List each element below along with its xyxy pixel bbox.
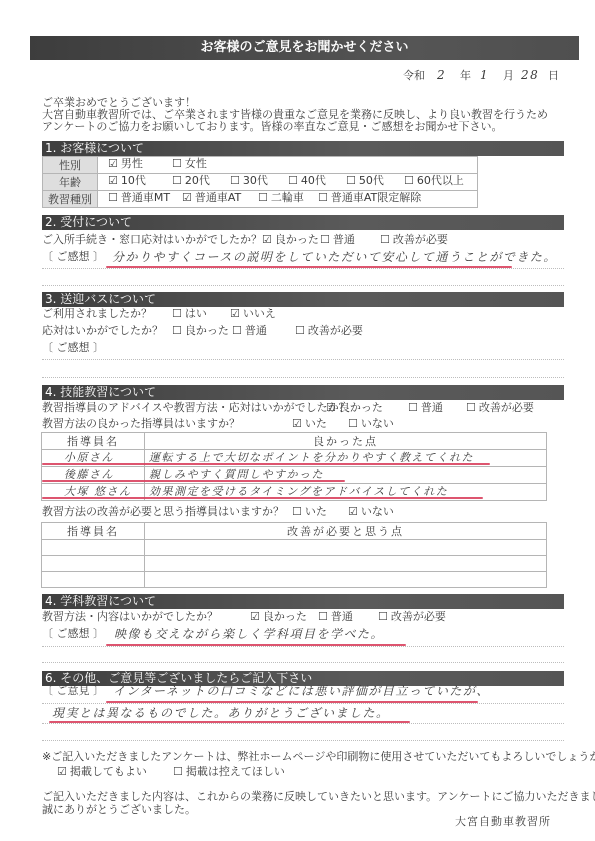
ruled-line [42,723,564,724]
section-3-header: 3. 送迎バスについて [42,292,564,307]
option-yes[interactable]: ☐いた [292,505,327,519]
classroom-question: 教習方法・内容はいかがでしたか？ [42,610,218,624]
table-header-row: 指導員名 改善が必要と思う点 [42,523,547,540]
column-header-instructor: 指導員名 [42,523,145,540]
date-month[interactable]: 1 [480,67,489,83]
checkbox-icon[interactable]: ☐ [108,191,118,205]
option-at[interactable]: ☑普通車AT [182,191,241,205]
date-era: 令和 [403,69,425,83]
checkbox-checked-icon[interactable]: ☑ [262,233,272,247]
red-underline [42,497,483,499]
classroom-comment[interactable]: 映像も交えながら楽しく学科項目を学べた。 [114,626,384,642]
section-2-header: 2. 受付について [42,215,564,230]
date-month-unit: 月 [503,69,514,83]
red-underline [42,480,345,482]
option-needs-improvement[interactable]: ☐改善が必要 [466,401,534,415]
checkbox-icon[interactable]: ☐ [172,307,182,321]
opinion-label: 〔 ご意見 〕 [42,684,104,698]
good-instructor-question: 教習方法の良かった指導員はいますか？ [42,417,240,431]
opinion-comment-line2[interactable]: 現実とは異なるものでした。ありがとうございました。 [52,705,390,721]
checkbox-icon[interactable]: ☐ [466,401,476,415]
checkbox-icon[interactable]: ☐ [173,765,183,779]
ruled-line [42,268,564,269]
date-year[interactable]: 2 [437,67,446,83]
option-age-50s[interactable]: ☐50代 [346,174,384,188]
checkbox-icon[interactable]: ☐ [292,505,302,519]
option-needs-improvement[interactable]: ☐改善が必要 [378,610,446,624]
checkbox-icon[interactable]: ☐ [172,324,182,338]
closing-text: 誠にありがとうございました。 [42,803,196,817]
option-age-10s[interactable]: ☑10代 [108,174,146,188]
improvement-point[interactable] [145,572,547,588]
option-mt[interactable]: ☐普通車MT [108,191,170,205]
checkbox-icon[interactable]: ☐ [380,233,390,247]
option-motorcycle[interactable]: ☐二輪車 [258,191,304,205]
table-header-row: 指導員名 良かった点 [42,433,547,450]
checkbox-icon[interactable]: ☐ [172,157,182,171]
option-average[interactable]: ☐普通 [232,324,267,338]
option-publish-decline[interactable]: ☐掲載は控えてほしい [173,765,285,779]
option-age-60s-plus[interactable]: ☐60代以上 [404,174,464,188]
checkbox-checked-icon[interactable]: ☑ [250,610,260,624]
row-label-age: 年齢 [43,174,98,191]
publish-consent-question: ※ご記入いただきましたアンケートは、弊社ホームページや印刷物に使用させていただい… [42,750,595,764]
column-header-good-points: 良かった点 [145,433,547,450]
option-no[interactable]: ☑いない [348,505,394,519]
checkbox-icon[interactable]: ☐ [404,174,414,188]
section-4-header: 4. 技能教習について [42,385,564,400]
checkbox-checked-icon[interactable]: ☑ [348,505,358,519]
option-age-40s[interactable]: ☐40代 [288,174,326,188]
checkbox-icon[interactable]: ☐ [378,610,388,624]
column-header-instructor: 指導員名 [42,433,145,450]
section-1-header: 1. お客様について [42,141,564,156]
ruled-line [42,285,564,286]
bus-service-question: 応対はいかがでしたか？ [42,324,163,338]
table-row [42,540,547,556]
checkbox-icon[interactable]: ☐ [346,174,356,188]
red-underline [42,463,490,465]
table-row [42,556,547,572]
option-age-20s[interactable]: ☐20代 [172,174,210,188]
checkbox-icon[interactable]: ☐ [320,233,330,247]
option-needs-improvement[interactable]: ☐改善が必要 [295,324,363,338]
checkbox-checked-icon[interactable]: ☑ [108,157,118,171]
ruled-line [42,662,564,663]
option-male[interactable]: ☑男性 [108,157,143,171]
instructor-name[interactable] [42,572,145,588]
checkbox-checked-icon[interactable]: ☑ [57,765,67,779]
checkbox-icon[interactable]: ☐ [230,174,240,188]
checkbox-checked-icon[interactable]: ☑ [108,174,118,188]
option-good[interactable]: ☑良かった [262,233,319,247]
checkbox-icon[interactable]: ☐ [295,324,305,338]
option-average[interactable]: ☐普通 [320,233,355,247]
option-average[interactable]: ☐普通 [318,610,353,624]
checkbox-icon[interactable]: ☐ [258,191,268,205]
instructor-name[interactable] [42,540,145,556]
checkbox-icon[interactable]: ☐ [318,610,328,624]
checkbox-checked-icon[interactable]: ☑ [182,191,192,205]
comment-label: 〔 ご感想 〕 [42,627,104,641]
option-age-30s[interactable]: ☐30代 [230,174,268,188]
ruled-line[interactable] [42,377,564,378]
comment-label: 〔 ご感想 〕 [42,341,104,355]
row-label-course-type: 教習種別 [43,191,98,208]
option-publish-ok[interactable]: ☑掲載してもよい [57,765,147,779]
checkbox-icon[interactable]: ☐ [172,174,182,188]
option-no[interactable]: ☐いない [348,417,394,431]
ruled-line [42,740,564,741]
opinion-comment-line1[interactable]: インターネットの口コミなどには悪い評価が目立っていたが、 [113,683,490,699]
checkbox-checked-icon[interactable]: ☑ [292,417,302,431]
table-row [42,572,547,588]
checkbox-checked-icon[interactable]: ☑ [326,401,336,415]
bus-usage-question: ご利用されましたか？ [42,307,152,321]
option-needs-improvement[interactable]: ☐改善が必要 [380,233,448,247]
school-signature: 大宮自動車教習所 [455,815,551,829]
reception-comment[interactable]: 分かりやすくコースの説明をしていただいて安心して通うことができた。 [112,249,557,265]
option-female[interactable]: ☐女性 [172,157,207,171]
checkbox-icon[interactable]: ☐ [318,191,328,205]
gender-options [98,157,478,174]
form-title: お客様のご意見をお聞かせください [30,36,579,60]
option-at-limit-removal[interactable]: ☐普通車AT限定解除 [318,191,421,205]
instructor-question: 教習指導員のアドバイスや教習方法・応対はいかがでしたか？ [42,401,350,415]
option-good[interactable]: ☐良かった [172,324,229,338]
ruled-line [42,703,564,704]
improvement-point[interactable] [145,540,547,556]
improve-instructor-question: 教習方法の改善が必要と思う指導員はいますか？ [42,505,284,519]
ruled-line [42,646,564,647]
checkbox-icon[interactable]: ☐ [408,401,418,415]
improve-instructor-table: 指導員名 改善が必要と思う点 [41,522,547,588]
option-average[interactable]: ☐普通 [408,401,443,415]
column-header-improvement-points: 改善が必要と思う点 [145,523,547,540]
date-year-unit: 年 [460,69,471,83]
comment-label: 〔 ご感想 〕 [42,250,104,264]
option-good[interactable]: ☑良かった [326,401,383,415]
checkbox-icon[interactable]: ☐ [348,417,358,431]
ruled-line[interactable] [42,359,564,360]
checkbox-icon[interactable]: ☐ [232,324,242,338]
row-label-gender: 性別 [43,157,98,174]
option-yes[interactable]: ☑いた [292,417,327,431]
option-no[interactable]: ☑いいえ [230,307,276,321]
good-instructor-table: 指導員名 良かった点 小原さん 運転する上で大切なポイントを分かりやすく教えてく… [41,432,547,501]
checkbox-checked-icon[interactable]: ☑ [230,307,240,321]
date-day-unit: 日 [548,69,559,83]
instructor-name[interactable] [42,556,145,572]
intro-text-line: アンケートのご協力をお願いしております。皆様の率直なご意見・ご感想をお聞かせ下さ… [42,120,502,134]
section-classroom-header: 4. 学科教習について [42,594,564,609]
option-yes[interactable]: ☐はい [172,307,207,321]
improvement-point[interactable] [145,556,547,572]
checkbox-icon[interactable]: ☐ [288,174,298,188]
date-day[interactable]: 28 [521,67,539,83]
reception-question: ご入所手続き・窓口応対はいかがでしたか？ [42,233,262,247]
closing-text: ご記入いただきました内容は、これからの業務に反映していきたいと思います。アンケー… [42,790,595,804]
option-good[interactable]: ☑良かった [250,610,307,624]
